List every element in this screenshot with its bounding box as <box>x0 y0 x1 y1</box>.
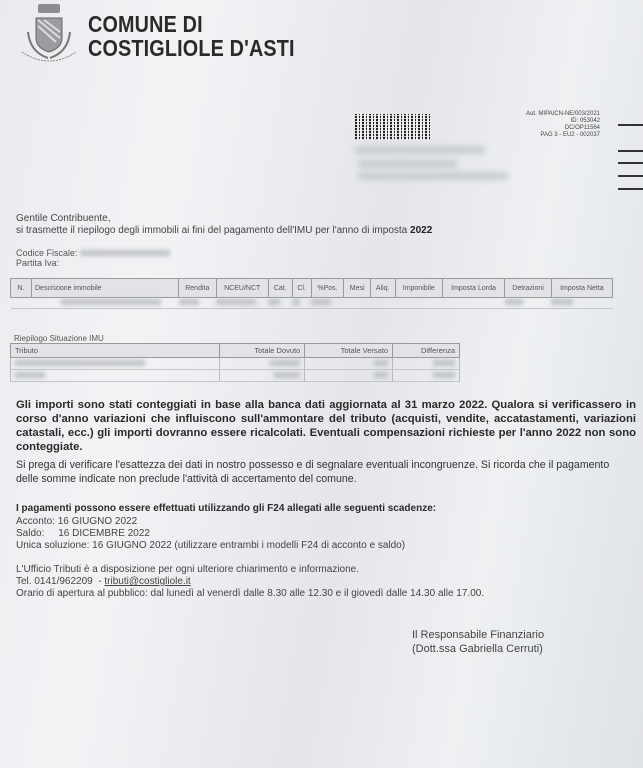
greeting: Gentile Contribuente, si trasmette il ri… <box>16 213 432 237</box>
partita-iva-label: Partita Iva: <box>16 258 170 268</box>
redacted-cell <box>274 372 300 378</box>
intro-line: si trasmette il riepilogo degli immobili… <box>16 225 432 237</box>
col-cat: Cat. <box>268 279 292 298</box>
properties-table: N. Descrizione immobile Rendita NCEU/NCT… <box>10 278 613 309</box>
col-n: N. <box>11 279 32 298</box>
redacted-cell <box>433 360 455 366</box>
contact-phone-email: Tel. 0141/962209 - tributi@costigliole.i… <box>16 576 191 587</box>
col-descrizione: Descrizione immobile <box>32 279 179 298</box>
intro-text: si trasmette il riepilogo degli immobili… <box>16 225 407 236</box>
codice-fiscale-row: Codice Fiscale: <box>16 248 170 258</box>
redacted-cell <box>374 360 388 366</box>
intro-year: 2022 <box>410 225 432 236</box>
signature-name: (Dott.ssa Gabriella Cerruti) <box>412 642 544 656</box>
table-row <box>11 358 460 370</box>
col-detrazioni: Detrazioni <box>505 279 552 298</box>
col-mesi: Mesi <box>344 279 370 298</box>
col-cl: Cl. <box>292 279 311 298</box>
redacted-cell <box>311 299 331 305</box>
datamatrix-barcode-icon <box>355 114 431 140</box>
col-aliq: Aliq. <box>370 279 395 298</box>
recipient-address-redacted <box>355 146 485 154</box>
ref-line: PAG 3 - EU2 - 002037 <box>470 132 600 139</box>
municipality-title: COMUNE DI COSTIGLIOLE D'ASTI <box>88 12 295 60</box>
payment-saldo: Saldo: 16 DICEMBRE 2022 <box>16 528 150 539</box>
redacted-cell <box>292 299 300 305</box>
recipient-address-redacted <box>358 172 508 180</box>
col-differenza: Differenza <box>393 344 460 358</box>
col-totale-versato: Totale Versato <box>305 344 393 358</box>
col-pos: %Pos. <box>311 279 344 298</box>
payment-acconto: Acconto: 16 GIUGNO 2022 <box>16 516 137 527</box>
col-rendita: Rendita <box>179 279 217 298</box>
redacted-cell <box>505 299 523 305</box>
col-nceu-nct: NCEU/NCT <box>216 279 268 298</box>
redacted-cell <box>433 372 455 378</box>
redacted-cell <box>216 299 256 305</box>
signature-role: Il Responsabile Finanziario <box>412 628 544 642</box>
ref-line: ID: 053042 <box>470 118 600 125</box>
title-line-2: COSTIGLIOLE D'ASTI <box>88 36 295 60</box>
postal-reference: Aut. MIPA/CN-NE/003/2021 ID: 053042 DC/O… <box>470 111 600 139</box>
contact-hours: Orario di apertura al pubblico: dal lune… <box>16 588 484 599</box>
ref-line: DC/OP11564 <box>470 125 600 132</box>
notice-bold-paragraph: Gli importi sono stati conteggiati in ba… <box>16 398 636 454</box>
redacted-cell <box>15 360 145 366</box>
contact-email-link[interactable]: tributi@costigliole.it <box>104 576 190 587</box>
notice-paragraph: Si prega di verificare l'esattezza dei d… <box>16 458 616 486</box>
table-header-row: N. Descrizione immobile Rendita NCEU/NCT… <box>11 279 613 298</box>
summary-table: Tributo Totale Dovuto Totale Versato Dif… <box>10 343 460 382</box>
contact-office: L'Ufficio Tributi è a disposizione per o… <box>16 564 359 575</box>
payment-unica-soluzione: Unica soluzione: 16 GIUGNO 2022 (utilizz… <box>16 540 405 551</box>
codice-fiscale-label: Codice Fiscale: <box>16 248 78 258</box>
ref-line: Aut. MIPA/CN-NE/003/2021 <box>470 111 600 118</box>
title-line-1: COMUNE DI <box>88 12 295 36</box>
col-imposta-lorda: Imposta Lorda <box>442 279 505 298</box>
table-row <box>11 298 613 309</box>
codice-fiscale-redacted <box>80 250 170 256</box>
municipal-crest-icon <box>18 2 80 74</box>
redacted-cell <box>268 299 280 305</box>
signature-block: Il Responsabile Finanziario (Dott.ssa Ga… <box>412 628 544 656</box>
salutation: Gentile Contribuente, <box>16 213 432 225</box>
redacted-cell <box>179 299 199 305</box>
redacted-cell <box>15 372 45 378</box>
redacted-cell <box>61 299 161 305</box>
col-imponibile: Imponibile <box>395 279 442 298</box>
table-row <box>11 370 460 382</box>
col-imposta-netta: Imposta Netta <box>551 279 612 298</box>
col-tributo: Tributo <box>11 344 220 358</box>
redacted-cell <box>270 360 300 366</box>
summary-caption: Riepilogo Situazione IMU <box>14 334 104 343</box>
redacted-cell <box>374 372 388 378</box>
col-totale-dovuto: Totale Dovuto <box>220 344 305 358</box>
payments-heading: I pagamenti possono essere effettuati ut… <box>16 503 436 514</box>
redacted-cell <box>551 299 573 305</box>
contact-phone: Tel. 0141/962209 - <box>16 576 104 587</box>
recipient-address-redacted <box>358 160 458 168</box>
table-header-row: Tributo Totale Dovuto Totale Versato Dif… <box>11 344 460 358</box>
taxpayer-ids: Codice Fiscale: Partita Iva: <box>16 248 170 268</box>
